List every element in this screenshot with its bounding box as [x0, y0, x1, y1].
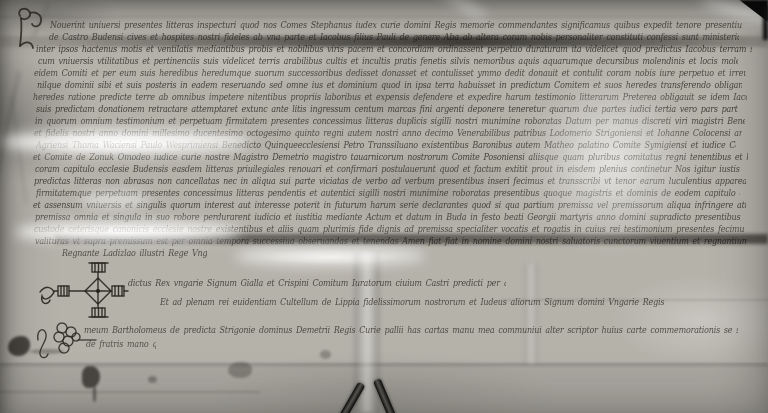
manuscript-line: heredes ratione predicte terre ab omnibu… [33, 92, 747, 102]
manuscript-line: et assensum vniuersis et singulis quorum… [33, 200, 746, 210]
notary-subscription-line: meum Bartholomeus de predicta Strigonie … [84, 325, 738, 335]
charter-photograph: Nouerint uniuersi presentes litteras ins… [0, 0, 768, 413]
manuscript-line: eidem Comiti et per eum suis heredibus h… [34, 68, 746, 78]
signum-subscription-line: dictus Rex vngarie Signum Gialla et Cris… [128, 278, 506, 288]
manuscript-line: nilque dominii sibi et suis posteris in … [37, 80, 742, 90]
manuscript-line: Nouerint uniuersi presentes litteras ins… [50, 20, 742, 30]
manuscript-line: valituras vt supra premissum est per omn… [35, 236, 747, 246]
background-edge [763, 6, 768, 40]
manuscript-line: et Comite de Zonuk Omodeo iudice curie n… [33, 152, 748, 162]
manuscript-line: coram capitulo ecclesie Budensis easdem … [35, 164, 742, 174]
manuscript-line: Agriensi Thoma Waciensi Paulo Wesprimien… [36, 140, 736, 150]
manuscript-line: firmitatemque perpetuam presentes conces… [36, 188, 740, 198]
manuscript-line: custode ceterisque canonicis ecclesie no… [34, 224, 744, 234]
ink-stain [320, 350, 331, 359]
ink-stain [228, 362, 252, 378]
ink-blot [148, 376, 157, 383]
manuscript-line: predictas litteras non abrasas non cance… [34, 176, 746, 186]
manuscript-line: premissa omnia et singula in suo robore … [35, 212, 741, 222]
royal-signum-mark [38, 262, 138, 318]
manuscript-line: suis predictam donationem retractare att… [36, 104, 738, 114]
ink-blot [30, 349, 64, 354]
manuscript-line: et fidelis nostri anno domini millesimo … [34, 128, 742, 138]
manuscript-line: de Castro Budensi cives et hospites nost… [49, 32, 739, 42]
manuscript-line: inter ipsos hactenus motis et ventilatis… [36, 44, 752, 54]
notary-subscription-subline: de fratris mano qd [86, 339, 156, 349]
manuscript-line: cum vniuersis vtilitatibus et pertinenci… [38, 56, 738, 66]
ink-blot [93, 386, 96, 402]
closing-line: Regnante Ladizlao illustri Rege Vngarie … [62, 248, 207, 258]
manuscript-line: in quorum omnium testimonium et perpetua… [35, 116, 745, 126]
signum-subscription-line: Et ad plenam rei euidentiam Cultellum de… [160, 297, 668, 307]
